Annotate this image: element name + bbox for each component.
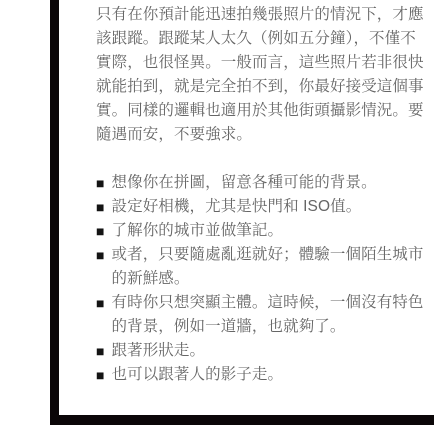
black-square-bullet-icon: ■ (96, 243, 112, 267)
list-item-text: 或者，只要隨處亂逛就好；體驗一個陌生城市 的新鮮感。 (112, 243, 429, 291)
page-text-column: 只有在你預計能迅速拍幾張照片的情況下，才應 該跟蹤。跟蹤某人太久（例如五分鐘），… (96, 3, 428, 387)
list-item-text: 設定好相機，尤其是快門和 ISO值。 (112, 195, 429, 219)
list-item-line: 了解你的城市並做筆記。 (112, 219, 429, 243)
list-item-line: 設定好相機，尤其是快門和 ISO值。 (112, 195, 429, 219)
paragraph-line: 實。同樣的邏輯也適用於其他街頭攝影情況。要 (96, 99, 428, 123)
paragraph-line: 隨遇而安，不要強求。 (96, 123, 428, 147)
list-item-text: 跟著形狀走。 (112, 339, 429, 363)
list-item: ■ 想像你在拼圖，留意各種可能的背景。 (96, 171, 428, 195)
list-item-line: 的新鮮感。 (112, 267, 429, 291)
list-item-line: 也可以跟著人的影子走。 (112, 363, 429, 387)
paragraph-line: 只有在你預計能迅速拍幾張照片的情況下，才應 (96, 3, 428, 27)
list-item-text: 了解你的城市並做筆記。 (112, 219, 429, 243)
list-item-line: 有時你只想突顯主體。這時候，一個沒有特色 (112, 291, 429, 315)
black-square-bullet-icon: ■ (96, 195, 112, 219)
paragraph-line: 該跟蹤。跟蹤某人太久（例如五分鐘），不僅不 (96, 27, 428, 51)
list-item: ■ 了解你的城市並做筆記。 (96, 219, 428, 243)
black-square-bullet-icon: ■ (96, 363, 112, 387)
black-square-bullet-icon: ■ (96, 219, 112, 243)
tips-checklist: ■ 想像你在拼圖，留意各種可能的背景。 ■ 設定好相機，尤其是快門和 ISO值。… (96, 171, 428, 387)
list-item-line: 想像你在拼圖，留意各種可能的背景。 (112, 171, 429, 195)
black-square-bullet-icon: ■ (96, 291, 112, 315)
left-page-rule (50, 0, 59, 425)
list-item-line: 或者，只要隨處亂逛就好；體驗一個陌生城市 (112, 243, 429, 267)
list-item-text: 也可以跟著人的影子走。 (112, 363, 429, 387)
black-square-bullet-icon: ■ (96, 171, 112, 195)
list-item: ■ 設定好相機，尤其是快門和 ISO值。 (96, 195, 428, 219)
paragraph-line: 就能拍到，就是完全拍不到，你最好接受這個事 (96, 75, 428, 99)
list-item-text: 有時你只想突顯主體。這時候，一個沒有特色 的背景，例如一道牆，也就夠了。 (112, 291, 429, 339)
list-item-line: 跟著形狀走。 (112, 339, 429, 363)
list-item-text: 想像你在拼圖，留意各種可能的背景。 (112, 171, 429, 195)
list-item: ■ 有時你只想突顯主體。這時候，一個沒有特色 的背景，例如一道牆，也就夠了。 (96, 291, 428, 339)
body-paragraph: 只有在你預計能迅速拍幾張照片的情況下，才應 該跟蹤。跟蹤某人太久（例如五分鐘），… (96, 3, 428, 147)
paragraph-line: 實際，也很怪異。一般而言，這些照片若非很快 (96, 51, 428, 75)
list-item-line: 的背景，例如一道牆，也就夠了。 (112, 315, 429, 339)
list-item: ■ 也可以跟著人的影子走。 (96, 363, 428, 387)
list-item: ■ 或者，只要隨處亂逛就好；體驗一個陌生城市 的新鮮感。 (96, 243, 428, 291)
list-item: ■ 跟著形狀走。 (96, 339, 428, 363)
black-square-bullet-icon: ■ (96, 339, 112, 363)
bottom-page-rule (50, 415, 434, 425)
